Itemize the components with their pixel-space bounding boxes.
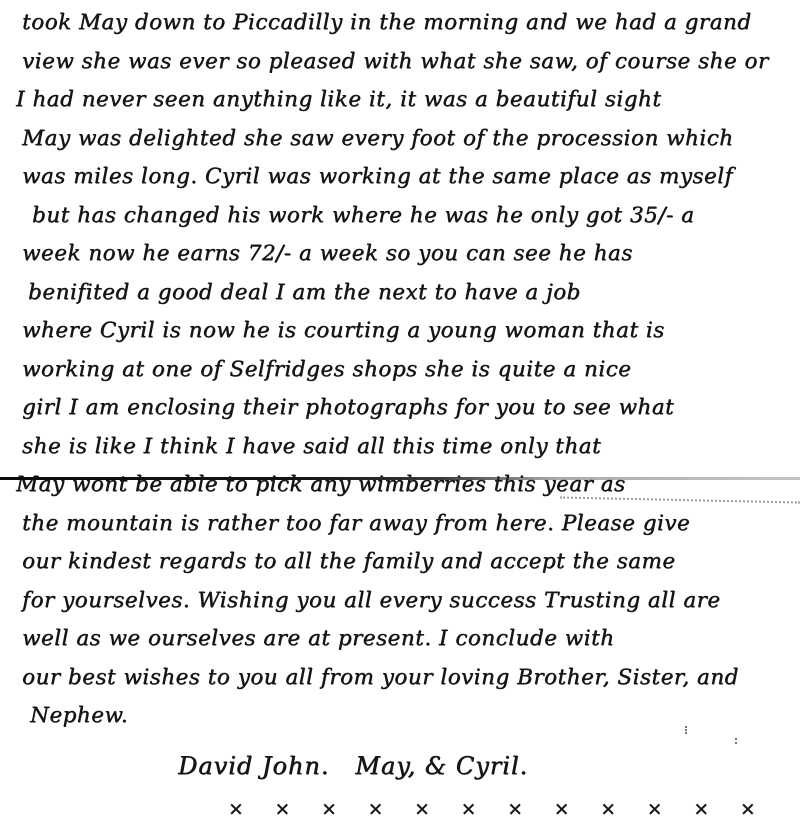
letter-line: view she was ever so pleased with what s… <box>22 43 796 82</box>
fold-crease <box>0 477 800 480</box>
letter-body: took May down to Piccadilly in the morni… <box>22 4 796 736</box>
letter-line: well as we ourselves are at present. I c… <box>22 620 796 659</box>
letter-line: for yourselves. Wishing you all every su… <box>22 582 796 621</box>
letter-line: I had never seen anything like it, it wa… <box>16 81 796 120</box>
handwritten-letter-page: took May down to Piccadilly in the morni… <box>0 0 800 836</box>
letter-line: our kindest regards to all the family an… <box>22 543 796 582</box>
letter-line: the mountain is rather too far away from… <box>22 505 796 544</box>
letter-line: where Cyril is now he is courting a youn… <box>22 312 796 351</box>
letter-line: but has changed his work where he was he… <box>32 197 796 236</box>
letter-line: was miles long. Cyril was working at the… <box>22 158 796 197</box>
letter-line: girl I am enclosing their photographs fo… <box>22 389 796 428</box>
kisses-row: × × × × × × × × × × × × <box>228 798 768 820</box>
letter-line: benifited a good deal I am the next to h… <box>28 274 796 313</box>
ink-speck <box>735 738 739 744</box>
letter-line: took May down to Piccadilly in the morni… <box>22 4 796 43</box>
letter-line: May was delighted she saw every foot of … <box>22 120 796 159</box>
letter-line: our best wishes to you all from your lov… <box>22 659 796 698</box>
letter-line: she is like I think I have said all this… <box>22 428 796 467</box>
letter-line: working at one of Selfridges shops she i… <box>22 351 796 390</box>
letter-line: week now he earns 72/- a week so you can… <box>22 235 796 274</box>
signature: David John. May, & Cyril. <box>178 752 528 780</box>
ink-speck <box>685 726 689 734</box>
letter-line: Nephew. <box>30 697 796 736</box>
